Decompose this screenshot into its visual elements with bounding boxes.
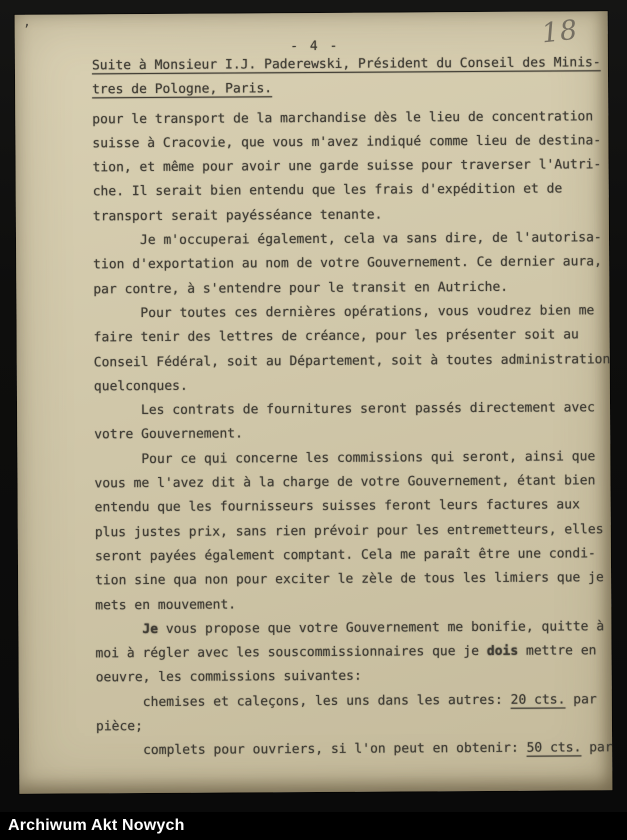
document-line: Pour toutes ces dernières opérations, vo… xyxy=(93,299,612,327)
document-line: che. Il serait bien entendu que les frai… xyxy=(93,177,613,205)
document-line: pièce; xyxy=(96,712,612,740)
text-segment: par xyxy=(581,740,612,755)
document-line: par contre, à s'entendre pour le transit… xyxy=(93,275,612,303)
ink-corner-mark: ’ xyxy=(23,23,31,38)
document-line: tion d'exportation au nom de votre Gouve… xyxy=(93,250,612,278)
document-heading-line: tres de Pologne, Paris. xyxy=(92,75,612,103)
text-segment: Je m'occuperai également, cela va sans d… xyxy=(93,230,602,248)
document-page: ’ - 4 - 18 Suite à Monsieur I.J. Paderew… xyxy=(15,11,613,794)
text-segment: vous me l'avez dit à la charge de votre … xyxy=(94,473,595,491)
text-segment: Les contrats de fournitures seront passé… xyxy=(94,400,595,418)
document-heading-line: Suite à Monsieur I.J. Paderewski, Présid… xyxy=(92,51,613,79)
document-line: complets pour ouvriers, si l'on peut en … xyxy=(96,736,612,764)
text-segment: Pour ce qui concerne les commissions qui… xyxy=(94,449,595,467)
document-line: suisse à Cracovie, que vous m'avez indiq… xyxy=(92,129,612,157)
text-segment: quelconques. xyxy=(94,379,188,395)
text-segment: tion sine qua non pour exciter le zèle d… xyxy=(95,570,604,588)
archive-name-label: Archiwum Akt Nowych xyxy=(8,817,185,835)
text-segment: mettre en xyxy=(518,643,596,658)
text-segment: Suite à Monsieur I.J. Paderewski, Présid… xyxy=(92,55,601,73)
document-line: plus justes prix, sans rien prévoir pour… xyxy=(95,518,613,546)
text-segment: 50 cts. xyxy=(527,741,582,756)
text-segment: seront payées également comptant. Cela m… xyxy=(95,546,596,564)
text-segment: oeuvre, les commissions suivantes: xyxy=(96,669,362,686)
text-segment: transport serait payésséance tenante. xyxy=(93,207,383,224)
document-line: quelconques. xyxy=(94,372,613,400)
document-line: tion, et même pour avoir une garde suiss… xyxy=(92,153,612,181)
text-segment: suisse à Cracovie, que vous m'avez indiq… xyxy=(92,133,601,151)
text-segment: pour le transport de la marchandise dès … xyxy=(92,109,593,127)
text-segment: complets pour ouvriers, si l'on peut en … xyxy=(96,741,527,759)
document-line: Je vous propose que votre Gouvernement m… xyxy=(95,615,612,643)
text-segment: plus justes prix, sans rien prévoir pour… xyxy=(95,522,604,540)
document-line: Les contrats de fournitures seront passé… xyxy=(94,396,612,424)
text-segment: par xyxy=(565,692,596,707)
text-segment: dois xyxy=(487,644,518,659)
document-line: Pour ce qui concerne les commissions qui… xyxy=(94,445,612,473)
text-segment: che. Il serait bien entendu que les frai… xyxy=(93,182,563,200)
document-line: seront payées également comptant. Cela m… xyxy=(95,542,613,570)
text-segment: tion, et même pour avoir une garde suiss… xyxy=(93,157,602,175)
text-segment: mets en mouvement. xyxy=(95,597,236,613)
text-segment: chemises et caleçons, les uns dans les a… xyxy=(96,693,511,711)
text-segment: entendu que les fournisseurs suisses fer… xyxy=(95,498,580,516)
text-segment: tion d'exportation au nom de votre Gouve… xyxy=(93,255,602,273)
text-segment: votre Gouvernement. xyxy=(94,427,243,443)
text-segment: pièce; xyxy=(96,719,143,734)
text-segment: par contre, à s'entendre pour le transit… xyxy=(93,279,508,297)
document-line: chemises et caleçons, les uns dans les a… xyxy=(96,688,613,716)
document-line: moi à régler avec les souscommissionnair… xyxy=(95,639,612,667)
document-line: pour le transport de la marchandise dès … xyxy=(92,105,612,133)
document-line: faire tenir des lettres de créance, pour… xyxy=(94,323,613,351)
document-line: mets en mouvement. xyxy=(95,590,612,618)
document-line: tion sine qua non pour exciter le zèle d… xyxy=(95,566,612,594)
text-segment: moi à régler avec les souscommissionnair… xyxy=(95,644,486,661)
folio-number-handwritten: 18 xyxy=(540,15,580,50)
document-line: Je m'occuperai également, cela va sans d… xyxy=(93,226,612,254)
text-segment: Je xyxy=(142,622,158,637)
typewritten-text-block: Suite à Monsieur I.J. Paderewski, Présid… xyxy=(92,51,613,764)
document-line: transport serait payésséance tenante. xyxy=(93,202,613,230)
document-line: vous me l'avez dit à la charge de votre … xyxy=(94,469,612,497)
text-segment: faire tenir des lettres de créance, pour… xyxy=(94,328,579,346)
text-segment: vous propose que votre Gouvernement me b… xyxy=(158,619,604,637)
text-segment xyxy=(95,622,142,637)
archive-bar: Archiwum Akt Nowych xyxy=(0,812,627,840)
text-segment: Conseil Fédéral, soit au Département, so… xyxy=(94,352,613,370)
text-segment: Pour toutes ces dernières opérations, vo… xyxy=(93,303,594,321)
text-segment: 20 cts. xyxy=(511,692,566,707)
document-line: Conseil Fédéral, soit au Département, so… xyxy=(94,347,613,375)
text-segment: tres de Pologne, Paris. xyxy=(92,82,272,98)
document-line: oeuvre, les commissions suivantes: xyxy=(96,663,613,691)
scan-viewport: ’ - 4 - 18 Suite à Monsieur I.J. Paderew… xyxy=(0,0,627,840)
document-line: votre Gouvernement. xyxy=(94,420,612,448)
document-line: entendu que les fournisseurs suisses fer… xyxy=(95,493,613,521)
